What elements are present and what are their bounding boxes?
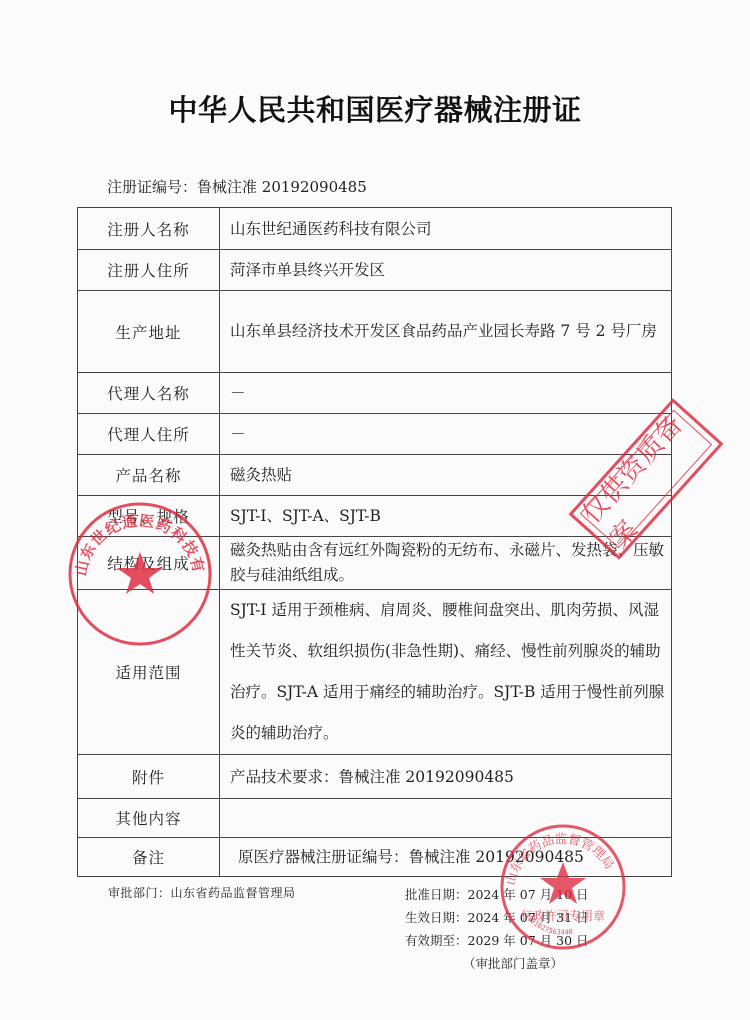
table-row: 适用范围 SJT-I 适用于颈椎病、肩周炎、腰椎间盘突出、肌肉劳损、风湿性关节炎… — [78, 590, 672, 755]
row-label: 型号、规格 — [78, 496, 220, 537]
row-label: 代理人名称 — [78, 373, 220, 414]
certificate-table: 注册人名称 山东世纪通医药科技有限公司 注册人住所 菏泽市单县终兴开发区 生产地… — [77, 207, 672, 877]
registration-number-value: 鲁械注准 20192090485 — [197, 178, 367, 196]
registration-number: 注册证编号：鲁械注准 20192090485 — [107, 176, 367, 197]
row-value: 原医疗器械注册证编号：鲁械注准 20192090485 — [220, 838, 672, 877]
document-title: 中华人民共和国医疗器械注册证 — [0, 88, 750, 129]
table-row: 备注 原医疗器械注册证编号：鲁械注准 20192090485 — [78, 838, 672, 877]
table-row: 注册人名称 山东世纪通医药科技有限公司 — [78, 208, 672, 250]
row-value: 山东单县经济技术开发区食品药品产业园长寿路 7 号 2 号厂房 — [220, 291, 672, 373]
row-label: 注册人住所 — [78, 250, 220, 291]
date-block: 批准日期：2024 年 07 月 10 日 生效日期：2024 年 07 月 3… — [405, 883, 589, 975]
table-row: 结构及组成 磁灸热贴由含有远红外陶瓷粉的无纺布、永磁片、发热袋、压敏胶与硅油纸组… — [78, 537, 672, 590]
table-row: 产品名称 磁灸热贴 — [78, 455, 672, 496]
row-value — [220, 799, 672, 838]
row-label: 产品名称 — [78, 455, 220, 496]
row-label: 结构及组成 — [78, 537, 220, 590]
table-row: 代理人名称 － — [78, 373, 672, 414]
table-row: 其他内容 — [78, 799, 672, 838]
table-row: 注册人住所 菏泽市单县终兴开发区 — [78, 250, 672, 291]
row-value: － — [220, 373, 672, 414]
row-label: 备注 — [78, 838, 220, 877]
effective-date: 生效日期：2024 年 07 月 31 日 — [405, 906, 589, 929]
row-value: 菏泽市单县终兴开发区 — [220, 250, 672, 291]
row-value: SJT-I 适用于颈椎病、肩周炎、腰椎间盘突出、肌肉劳损、风湿性关节炎、软组织损… — [220, 590, 672, 755]
approval-date: 批准日期：2024 年 07 月 10 日 — [405, 883, 589, 906]
approval-department: 审批部门：山东省药品监督管理局 — [108, 884, 296, 901]
seal-note: （审批部门盖章） — [405, 952, 589, 975]
valid-until-date: 有效期至：2029 年 07 月 30 日 — [405, 929, 589, 952]
table-row: 代理人住所 － — [78, 414, 672, 455]
table-row: 附件 产品技术要求：鲁械注准 20192090485 — [78, 755, 672, 799]
table-row: 型号、规格 SJT-Ⅰ、SJT-A、SJT-B — [78, 496, 672, 537]
row-value: 磁灸热贴 — [220, 455, 672, 496]
row-value: 山东世纪通医药科技有限公司 — [220, 208, 672, 250]
registration-number-label: 注册证编号： — [107, 178, 197, 196]
row-label: 其他内容 — [78, 799, 220, 838]
table-row: 生产地址 山东单县经济技术开发区食品药品产业园长寿路 7 号 2 号厂房 — [78, 291, 672, 373]
row-value: － — [220, 414, 672, 455]
row-value: SJT-Ⅰ、SJT-A、SJT-B — [220, 496, 672, 537]
row-label: 注册人名称 — [78, 208, 220, 250]
row-value: 磁灸热贴由含有远红外陶瓷粉的无纺布、永磁片、发热袋、压敏胶与硅油纸组成。 — [220, 537, 672, 590]
row-value: 产品技术要求：鲁械注准 20192090485 — [220, 755, 672, 799]
row-label: 附件 — [78, 755, 220, 799]
row-label: 适用范围 — [78, 590, 220, 755]
row-label: 代理人住所 — [78, 414, 220, 455]
row-label: 生产地址 — [78, 291, 220, 373]
